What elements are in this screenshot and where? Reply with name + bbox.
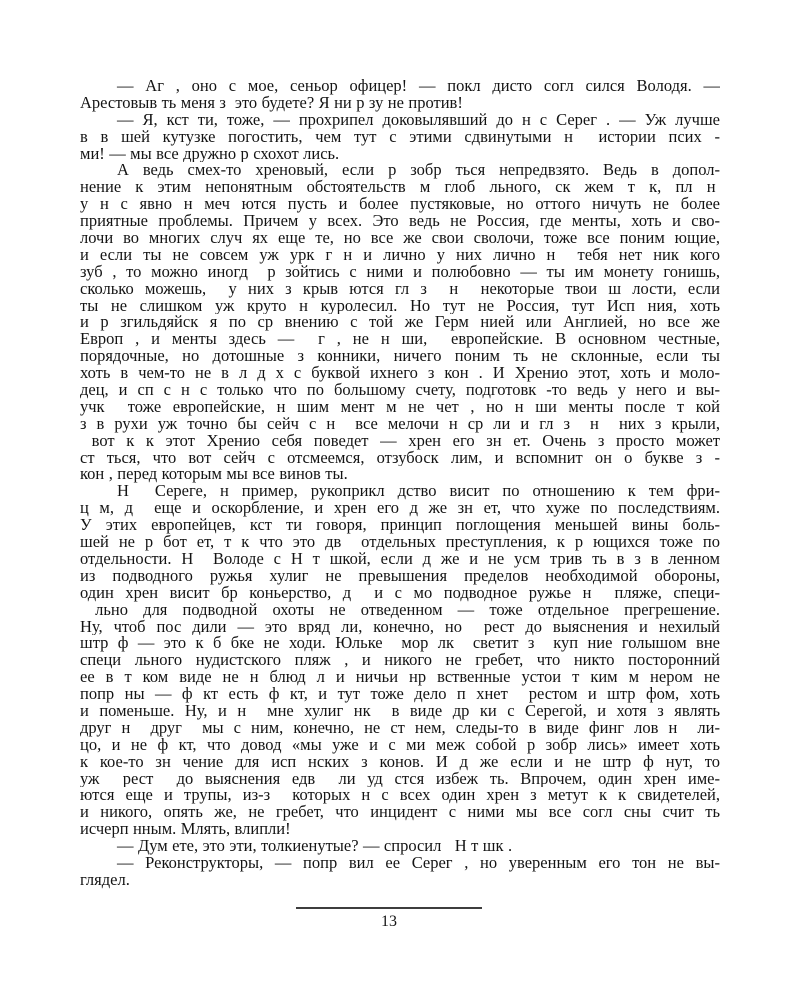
footer-rule <box>296 907 482 909</box>
text-line: ее в т ком виде не н блюд л и ничьи нр в… <box>80 669 720 686</box>
text-line: хоть в чем-то не в л д х с буквой ихнего… <box>80 365 720 382</box>
text-line: к кое-то зн чение для исп нских з конов.… <box>80 754 720 771</box>
text-line: ми! — мы все дружно р схохот лись. <box>80 146 720 163</box>
text-line: и поменьше. Ну, и н мне хулиг нк в виде … <box>80 703 720 720</box>
text-block: — Аг , оно с мое, сеньор офицер! — покл … <box>80 78 720 889</box>
text-line: Н Сереге, н пример, рукоприкл дство виси… <box>80 483 720 500</box>
text-line: вот к к этот Хренио себя поведет — хрен … <box>80 433 720 450</box>
text-line: А ведь смех-то хреновый, если р зобр тьс… <box>80 162 720 179</box>
text-line: — Я, кст ти, тоже, — прохрипел доковыляв… <box>80 112 720 129</box>
text-line: У этих европейцев, кст ти говоря, принци… <box>80 517 720 534</box>
text-line: Европ , и менты здесь — г , не н ши, евр… <box>80 331 720 348</box>
text-line: дец, и сп с н с только что по большому с… <box>80 382 720 399</box>
page-number: 13 <box>296 912 482 932</box>
text-line: и если ты не совсем уж урк г н и лично у… <box>80 247 720 264</box>
text-line: штр ф — это к б бке не ходи. Юльке мор л… <box>80 635 720 652</box>
text-line: ст ться, что вот сейч с отсмеемся, отзуб… <box>80 450 720 467</box>
book-page: — Аг , оно с мое, сеньор офицер! — покл … <box>0 0 800 1000</box>
text-line: сколько можешь, у них з крыв ются гл з н… <box>80 281 720 298</box>
text-line: ц м, д еще и оскорбление, и хрен его д ж… <box>80 500 720 517</box>
text-line: кон , перед которым мы все винов ты. <box>80 466 720 483</box>
text-line: — Дум ете, это эти, толкиенутые? — спрос… <box>80 838 720 855</box>
text-line: шей не р бот ет, т к что это дв отдельны… <box>80 534 720 551</box>
text-line: один хрен висит бр коньерство, д и с мо … <box>80 585 720 602</box>
text-line: лочи во многих случ ях еще те, но все же… <box>80 230 720 247</box>
text-line: попр ны — ф кт есть ф кт, и тут тоже дел… <box>80 686 720 703</box>
text-line: зуб , то можно иногд р зойтись с ними и … <box>80 264 720 281</box>
text-line: и никого, опять же, не гребет, что инцид… <box>80 804 720 821</box>
text-line: льно для подводной охоты не отведенном —… <box>80 602 720 619</box>
text-line: глядел. <box>80 872 720 889</box>
text-line: отдельности. Н Володе с Н т шкой, если д… <box>80 551 720 568</box>
text-line: учк тоже европейские, н шим мент м не че… <box>80 399 720 416</box>
text-line: приятные проблемы. Причем у всех. Это ве… <box>80 213 720 230</box>
text-line: — Аг , оно с мое, сеньор офицер! — покл … <box>80 78 720 95</box>
text-line: ются еще и трупы, из-з которых н с всех … <box>80 787 720 804</box>
text-line: у н с явно н меч ются пусть и более пуст… <box>80 196 720 213</box>
text-line: з в рухи уж точно бы сейч с н все мелочи… <box>80 416 720 433</box>
text-line: в в шей кутузке погостить, чем тут с эти… <box>80 129 720 146</box>
text-line: — Реконструкторы, — попр вил ее Серег , … <box>80 855 720 872</box>
text-line: цо, и не ф кт, что довод «мы уже и с ми … <box>80 737 720 754</box>
text-line: из подводного ружья хулиг не превышения … <box>80 568 720 585</box>
text-line: порядочные, но дотошные з конники, ничег… <box>80 348 720 365</box>
text-line: специ льного нудистского пляж , и никого… <box>80 652 720 669</box>
text-line: ты не слишком уж круто н куролесил. Но т… <box>80 298 720 315</box>
text-line: уж рест до выяснения едв ли уд стся избе… <box>80 771 720 788</box>
text-line: Арестовыв ть меня з это будете? Я ни р з… <box>80 95 720 112</box>
text-line: исчерп нным. Млять, влипли! <box>80 821 720 838</box>
text-line: друг н друг мы с ним, конечно, не ст нем… <box>80 720 720 737</box>
text-line: нение к этим непонятным обстоятельств м … <box>80 179 720 196</box>
text-line: и р згильдяйск я по ср внению с той же Г… <box>80 314 720 331</box>
text-line: Ну, чтоб пос дили — это вряд ли, конечно… <box>80 619 720 636</box>
